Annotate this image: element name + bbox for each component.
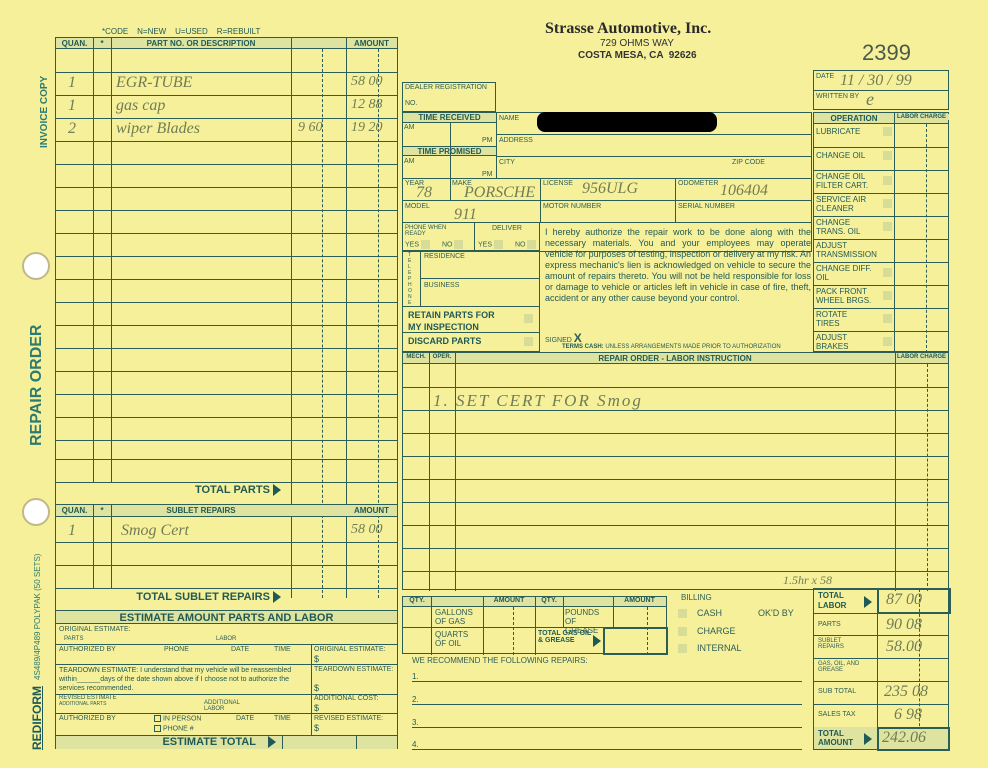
billing-internal[interactable]: INTERNAL — [678, 643, 742, 653]
authorized-by-label-2: AUTHORIZED BY — [59, 715, 116, 722]
company-name: Strasse Automotive, Inc. — [545, 20, 711, 38]
company-address: 729 OHMS WAY — [600, 38, 674, 49]
repair-order-label: REPAIR ORDER — [28, 325, 46, 447]
dollar-sign: $ — [314, 723, 319, 733]
checkbox-icon[interactable] — [883, 127, 892, 136]
terms: TERMS CASH: UNLESS ARRANGEMENTS MADE PRI… — [562, 344, 781, 350]
business-label: BUSINESS — [424, 282, 459, 289]
checkbox-icon[interactable] — [883, 291, 892, 300]
zip-label: ZIP CODE — [732, 159, 765, 166]
deliver-no[interactable]: NO — [515, 240, 536, 249]
arrow-icon — [273, 591, 281, 603]
license-value: 956ULG — [582, 180, 638, 198]
date-label-2: DATE — [236, 715, 254, 722]
qty-header: QTY. — [403, 597, 431, 604]
recommend-title: WE RECOMMEND THE FOLLOWING REPAIRS: — [412, 656, 588, 665]
labor-instruction-table: MECH. OPER. REPAIR ORDER - LABOR INSTRUC… — [402, 352, 949, 590]
city-label: CITY — [499, 159, 515, 166]
operation-item[interactable]: CHANGE DIFF. OIL — [816, 264, 892, 282]
gallons-of-gas-label: GALLONS OF GAS — [435, 608, 480, 626]
sublet-row-desc: Smog Cert — [121, 522, 189, 540]
recommend-line[interactable]: 3. — [412, 718, 802, 728]
license-label: LICENSE — [543, 180, 573, 187]
operation-item[interactable]: ADJUST BRAKES — [816, 333, 892, 351]
additional-labor-label: ADDITIONAL LABOR — [204, 700, 254, 712]
dollar-sign: $ — [314, 654, 319, 664]
teardown-text: TEARDOWN ESTIMATE: I understand that my … — [59, 666, 309, 693]
am-label: AM — [404, 124, 415, 131]
signed-label: SIGNED X — [545, 331, 582, 345]
deliver-yes[interactable]: YES — [478, 240, 503, 249]
operation-item[interactable]: SERVICE AIR CLEANER — [816, 195, 892, 213]
part-row-quan: 1 — [68, 74, 76, 92]
total-labor-label: TOTAL LABOR — [818, 591, 852, 611]
residence-label: RESIDENCE — [424, 253, 465, 260]
discard-parts-checkbox[interactable] — [524, 337, 533, 346]
checkbox-icon[interactable] — [678, 609, 687, 618]
parts-header-desc: PART NO. OR DESCRIPTION — [111, 39, 291, 48]
part-row-amount: 58 00 — [351, 74, 383, 90]
arrow-icon — [864, 733, 872, 745]
code-legend: *CODE N=NEW U=USED R=REBUILT — [102, 27, 260, 36]
sublet-row-amount: 58 00 — [351, 522, 383, 538]
deliver-label: DELIVER — [492, 225, 522, 232]
billing-label: BILLING — [681, 593, 712, 602]
authorization-text: I hereby authorize the repair work to be… — [545, 227, 811, 304]
dollar-sign: $ — [314, 683, 319, 693]
model-label: MODEL — [405, 203, 430, 210]
retain-parts-checkbox[interactable] — [524, 314, 533, 323]
subtotal-value: 235 08 — [884, 683, 928, 701]
sublet-header-desc: SUBLET REPAIRS — [111, 506, 291, 515]
form-code: 4S489/4P489 POLYPAK (50 SETS) — [33, 554, 42, 680]
phone-when-ready-label: PHONE WHEN READY — [405, 225, 455, 237]
qty-header: QTY. — [535, 597, 563, 604]
dealer-registration-label: DEALER REGISTRATION — [405, 84, 487, 91]
operation-item[interactable]: PACK FRONT WHEEL BRGS. — [816, 287, 892, 305]
odometer-value: 106404 — [720, 182, 768, 200]
rediform-brand: REDIFORM — [30, 686, 44, 750]
sales-tax-label: SALES TAX — [818, 711, 855, 718]
operation-item[interactable]: CHANGE TRANS. OIL — [816, 218, 892, 236]
subtotal-label: SUB TOTAL — [818, 688, 856, 695]
recommend-line[interactable]: 4. — [412, 740, 802, 750]
original-estimate-right: ORIGINAL ESTIMATE: — [314, 646, 386, 653]
arrow-icon — [864, 596, 872, 608]
written-by-label: WRITTEN BY — [816, 93, 859, 100]
labor-charge-header: LABOR CHARGE — [895, 354, 948, 360]
parts-total-label: PARTS — [818, 621, 841, 628]
gas-oil-table: QTY. AMOUNT QTY. AMOUNT GALLONS OF GAS Q… — [402, 596, 667, 654]
retain-parts-label: RETAIN PARTS FOR MY INSPECTION — [408, 309, 508, 333]
phone-yes[interactable]: YES — [405, 240, 430, 249]
date-label: DATE — [231, 646, 249, 653]
checkbox-icon[interactable] — [883, 314, 892, 323]
billing-cash[interactable]: CASH — [678, 608, 722, 618]
time-received-label: TIME RECEIVED — [403, 113, 496, 123]
labor-charge-header: LABOR CHARGE — [894, 114, 949, 120]
part-row-desc: EGR-TUBE — [116, 74, 192, 92]
checkbox-icon[interactable] — [154, 715, 161, 722]
checkbox-icon[interactable] — [678, 627, 687, 636]
discard-parts-label: DISCARD PARTS — [408, 336, 481, 346]
parts-header-amount: AMOUNT — [346, 39, 397, 48]
recommend-line[interactable]: 1. — [412, 672, 802, 682]
operation-item[interactable]: LUBRICATE — [816, 127, 892, 136]
time-label-2: TIME — [274, 715, 291, 722]
total-gas-label: TOTAL GAS OIL & GREASE — [538, 630, 598, 644]
teardown-estimate-label: TEARDOWN ESTIMATE: — [314, 666, 393, 673]
total-parts-label: TOTAL PARTS — [56, 484, 281, 496]
checkbox-icon[interactable] — [883, 151, 892, 160]
operation-header: OPERATION — [814, 114, 894, 123]
operation-item[interactable]: ADJUST TRANSMISSION — [816, 241, 894, 259]
oper-header: OPER. — [429, 354, 455, 360]
recommend-line[interactable]: 2. — [412, 695, 802, 705]
amount-header: AMOUNT — [483, 597, 535, 604]
arrow-icon — [268, 736, 276, 748]
serial-number-label: SERIAL NUMBER — [678, 203, 735, 210]
amount-header: AMOUNT — [613, 597, 666, 604]
checkbox-icon[interactable] — [883, 337, 892, 346]
part-row-amount: 12 88 — [351, 97, 383, 113]
total-labor-value: 87 00 — [886, 591, 922, 609]
parts-label: PARTS — [64, 636, 83, 642]
pm-label: PM — [482, 171, 493, 178]
quarts-of-oil-label: QUARTS OF OIL — [435, 630, 480, 648]
original-estimate-label: ORIGINAL ESTIMATE: — [59, 626, 131, 633]
phone-label: PHONE — [164, 646, 189, 653]
mech-header: MECH. — [403, 354, 429, 360]
operation-item[interactable]: CHANGE OIL FILTER CART. — [816, 172, 892, 190]
labor-note: 1.5hr x 58 — [783, 573, 832, 588]
motor-number-label: MOTOR NUMBER — [543, 203, 601, 210]
phone-no[interactable]: NO — [442, 240, 463, 249]
dollar-sign: $ — [314, 703, 319, 713]
order-number: 2399 — [862, 40, 911, 66]
no-label: NO. — [405, 100, 417, 107]
estimate-total-label: ESTIMATE TOTAL — [106, 736, 276, 748]
additional-parts-label: ADDITIONAL PARTS — [59, 701, 106, 707]
pm-label: PM — [482, 137, 493, 144]
date-box: DATE 11 / 30 / 99 WRITTEN BY e — [813, 70, 949, 110]
operation-item[interactable]: ROTATE TIRES — [816, 310, 892, 328]
customer-block: DEALER REGISTRATION NO. TIME RECEIVED AM… — [402, 82, 812, 352]
sublet-header-quan: QUAN. — [56, 506, 93, 515]
labor-instruction-title: REPAIR ORDER - LABOR INSTRUCTION — [455, 354, 895, 363]
estimate-title: ESTIMATE AMOUNT PARTS AND LABOR — [56, 610, 397, 624]
arrow-icon — [273, 484, 281, 496]
checkbox-icon[interactable] — [527, 240, 536, 249]
checkbox-icon[interactable] — [883, 176, 892, 185]
am-label: AM — [404, 158, 415, 165]
binder-hole-bottom — [22, 498, 50, 526]
checkbox-icon[interactable] — [454, 240, 463, 249]
sublet-header-amount: AMOUNT — [346, 506, 397, 515]
operation-item[interactable]: CHANGE OIL — [816, 151, 892, 160]
labor-label: LABOR — [216, 636, 236, 642]
okd-by-label: OK'D BY — [758, 608, 794, 618]
checkbox-icon[interactable] — [883, 268, 892, 277]
phone-option[interactable]: PHONE # — [154, 725, 194, 732]
part-row-quan: 2 — [68, 120, 76, 138]
in-person-option[interactable]: IN PERSON — [154, 715, 201, 722]
billing-charge[interactable]: CHARGE — [678, 626, 736, 636]
checkbox-icon[interactable] — [883, 199, 892, 208]
total-amount-value: 242.06 — [882, 729, 926, 747]
total-amount-label: TOTAL AMOUNT — [818, 729, 858, 747]
additional-cost-label: ADDITIONAL COST: — [314, 695, 378, 702]
sublet-total-label: SUBLET REPAIRS — [818, 638, 858, 650]
parts-table: QUAN. * PART NO. OR DESCRIPTION AMOUNT 1… — [55, 37, 398, 749]
checkbox-icon[interactable] — [154, 725, 161, 732]
parts-total-value: 90 08 — [886, 616, 922, 634]
gas-oil-grease-label: GAS, OIL, AND GREASE — [818, 661, 878, 673]
sublet-header-code: * — [93, 506, 111, 515]
written-by-value: e — [866, 89, 874, 110]
totals-table: TOTAL LABOR 87 00 PARTS 90 08 SUBLET REP… — [813, 588, 949, 750]
part-row-quan: 1 — [68, 97, 76, 115]
sales-tax-value: 6 98 — [894, 706, 922, 724]
company-city: COSTA MESA, CA 92626 — [578, 50, 697, 61]
sublet-total-value: 58.00 — [886, 638, 922, 656]
checkbox-icon[interactable] — [678, 644, 687, 653]
name-label: NAME — [499, 115, 519, 122]
operations-table: OPERATION LABOR CHARGE LUBRICATE CHANGE … — [813, 112, 949, 352]
part-row-desc: wiper Blades — [116, 120, 200, 138]
invoice-copy-label: INVOICE COPY — [39, 76, 50, 148]
checkbox-icon[interactable] — [883, 222, 892, 231]
sublet-row-quan: 1 — [68, 522, 76, 540]
binder-hole-top — [22, 252, 50, 280]
odometer-label: ODOMETER — [678, 180, 718, 187]
arrow-icon — [593, 635, 601, 647]
date-value: 11 / 30 / 99 — [840, 72, 912, 90]
total-sublet-label: TOTAL SUBLET REPAIRS — [56, 591, 281, 603]
authorized-by-label: AUTHORIZED BY — [59, 646, 116, 653]
revised-estimate-right: REVISED ESTIMATE: — [314, 715, 383, 722]
parts-header-code: * — [93, 39, 111, 48]
checkbox-icon[interactable] — [494, 240, 503, 249]
checkbox-icon[interactable] — [421, 240, 430, 249]
part-row-desc: gas cap — [116, 97, 165, 115]
labor-line-1: 1. SET CERT FOR Smog — [433, 391, 643, 411]
part-row-unit: 9 60 — [298, 120, 323, 136]
part-row-amount: 19 20 — [351, 120, 383, 136]
address-label: ADDRESS — [499, 137, 533, 144]
time-label: TIME — [274, 646, 291, 653]
name-redacted — [537, 112, 717, 132]
date-label: DATE — [816, 73, 834, 80]
telephone-label: TELEPHONE — [408, 252, 414, 306]
parts-header-quan: QUAN. — [56, 39, 93, 48]
